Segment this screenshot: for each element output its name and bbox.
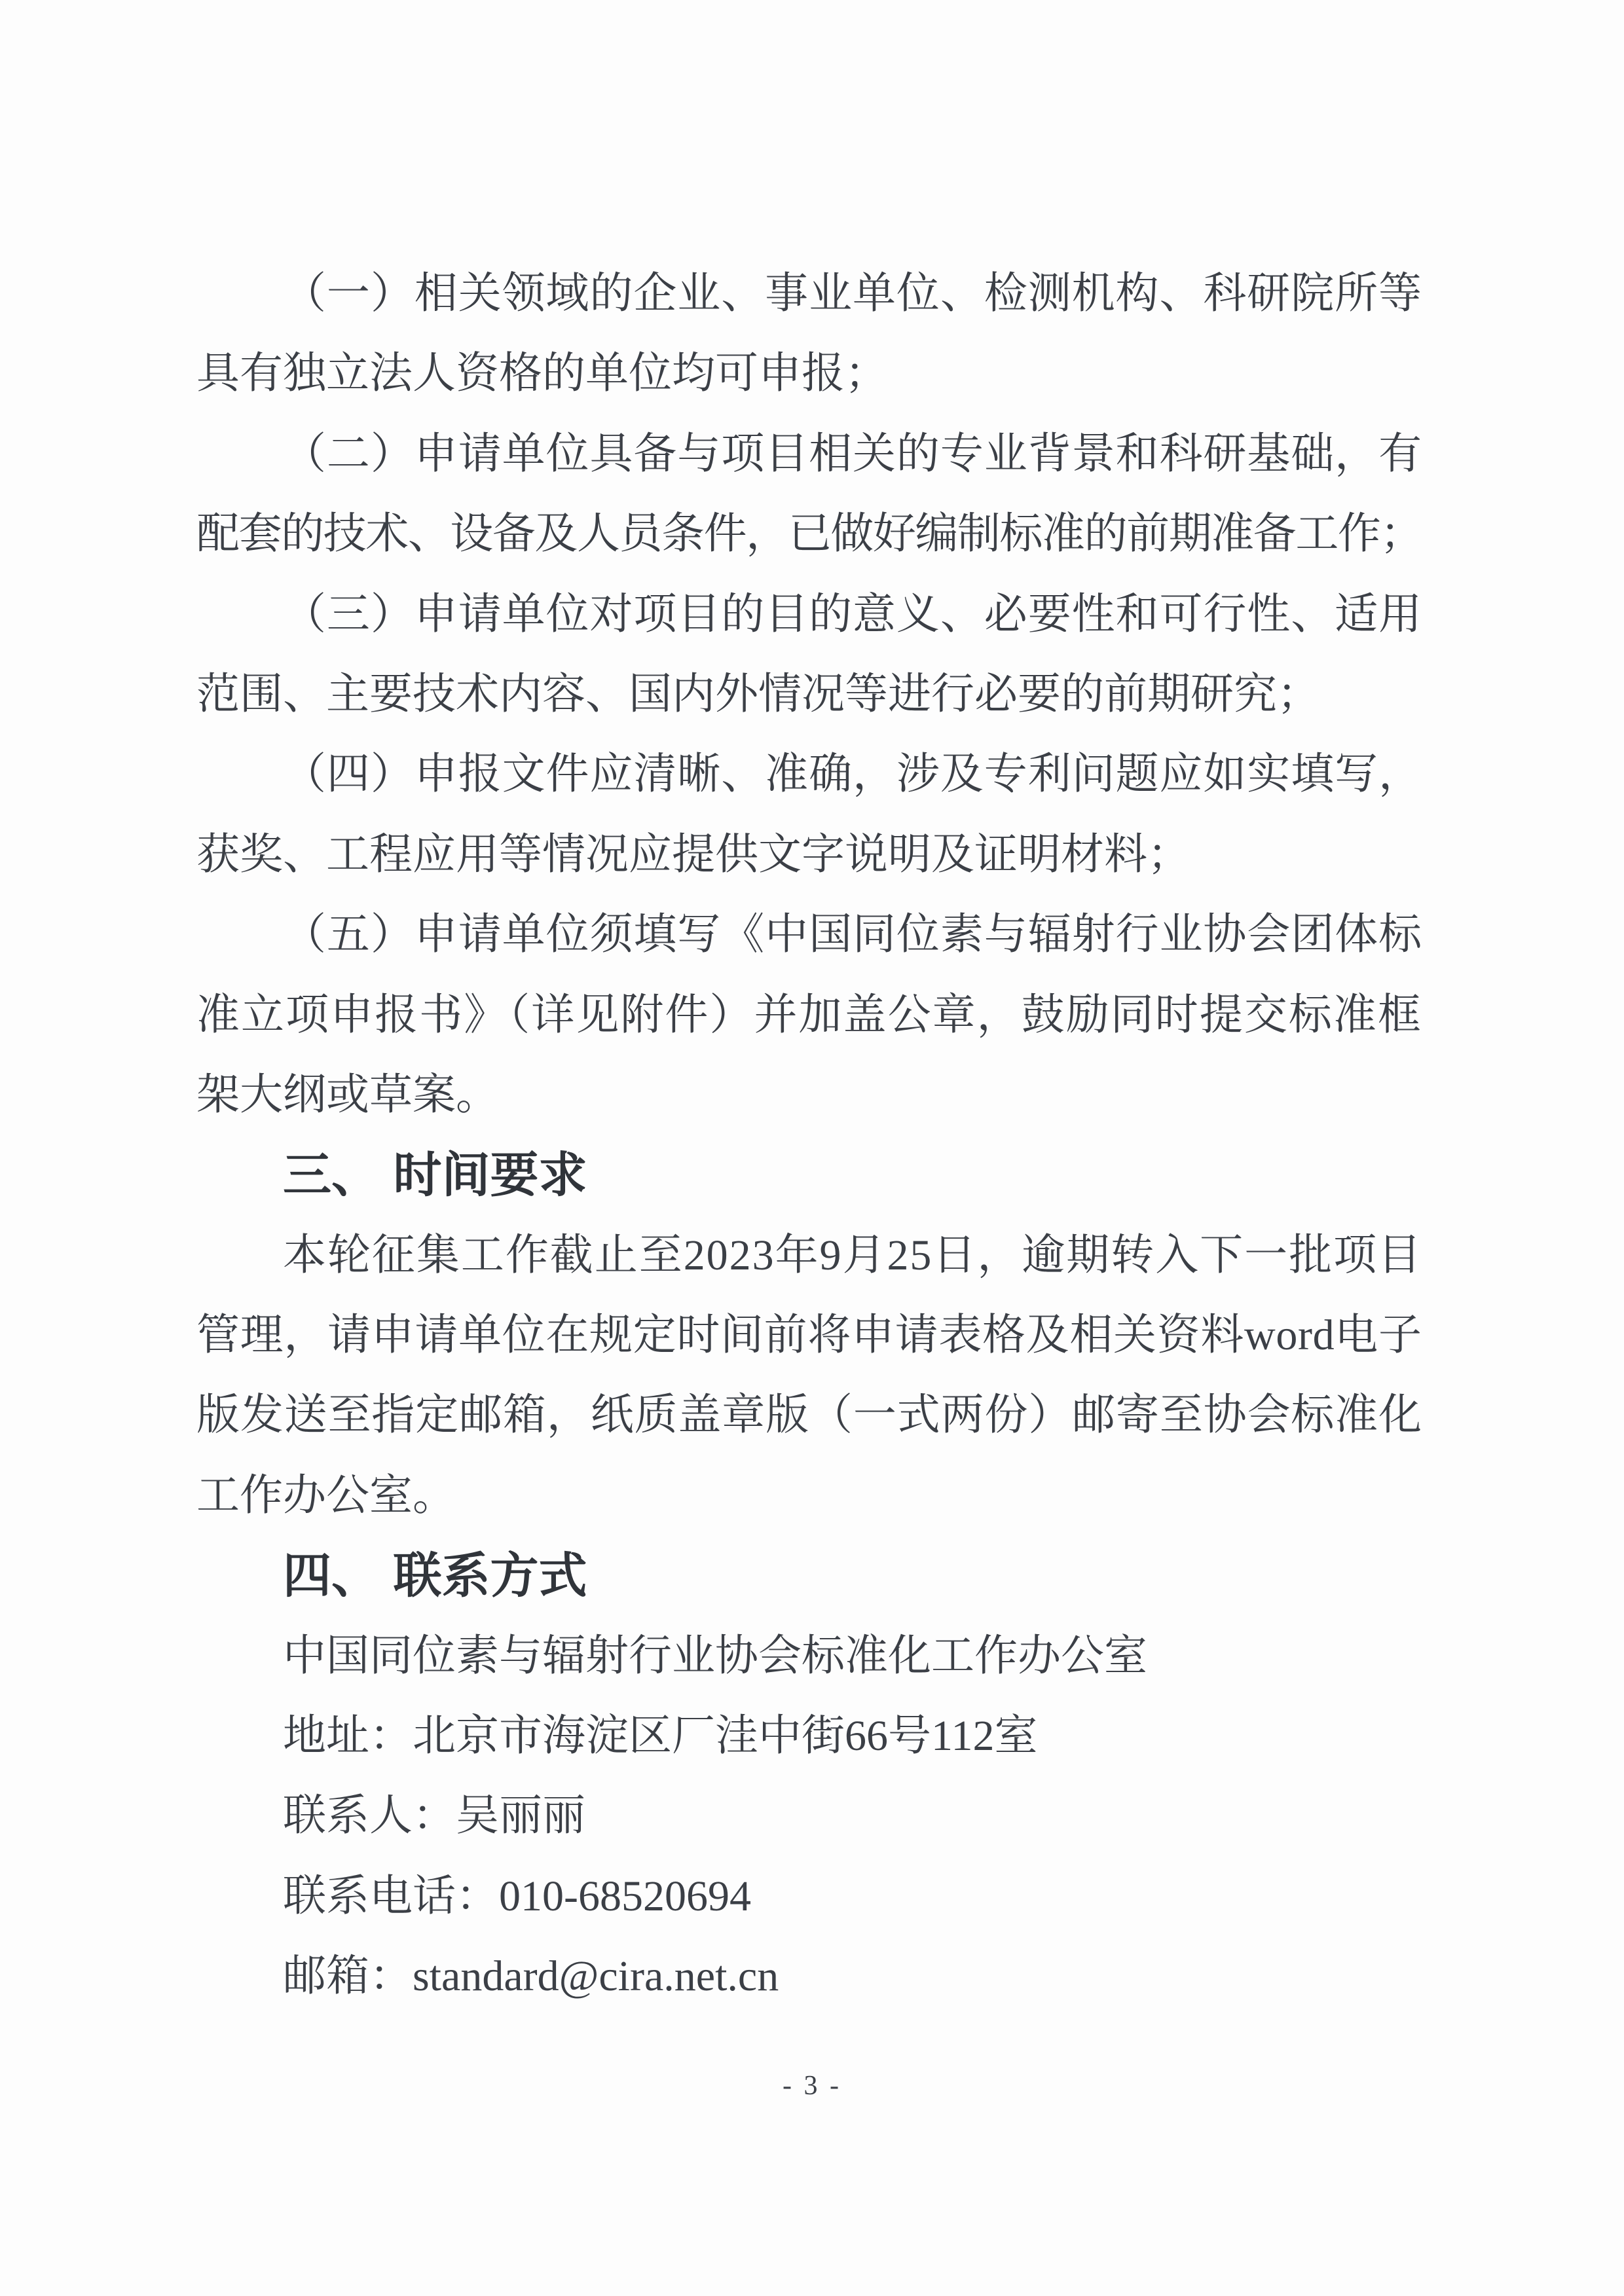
line-text: 范围、主要技术内容、国内外情况等进行必要的前期研究； xyxy=(196,655,1320,735)
line-text: 本轮征集工作截止至2023年9月25日，逾期转入下一批项目 xyxy=(283,1216,1422,1296)
text-line: 配套的技术、设备及人员条件，已做好编制标准的前期准备工作； xyxy=(196,494,1422,574)
text-line: （四）申报文件应清晰、准确，涉及专利问题应如实填写， xyxy=(196,735,1422,814)
line-text: （四）申报文件应清晰、准确，涉及专利问题应如实填写， xyxy=(283,735,1422,814)
line-text: 管理，请申请单位在规定时间前将申请表格及相关资料word电子 xyxy=(196,1296,1422,1376)
text-line: 版发送至指定邮箱，纸质盖章版（一式两份）邮寄至协会标准化 xyxy=(196,1376,1422,1455)
document-page: （一）相关领域的企业、事业单位、检测机构、科研院所等具有独立法人资格的单位均可申… xyxy=(0,0,1624,2296)
text-line: （三）申请单位对项目的目的意义、必要性和可行性、适用 xyxy=(196,575,1422,655)
line-text: 获奖、工程应用等情况应提供文字说明及证明材料； xyxy=(196,815,1190,895)
line-text: 准立项申报书》（详见附件）并加盖公章，鼓励同时提交标准框 xyxy=(196,975,1422,1055)
text-line: 获奖、工程应用等情况应提供文字说明及证明材料； xyxy=(196,815,1422,895)
text-line: 准立项申报书》（详见附件）并加盖公章，鼓励同时提交标准框 xyxy=(196,975,1422,1055)
line-text: 四、 联系方式 xyxy=(283,1536,587,1616)
line-text: 邮箱：standard@cira.net.cn xyxy=(283,1937,779,2016)
text-line: 具有独立法人资格的单位均可申报； xyxy=(196,334,1422,414)
text-line: 中国同位素与辐射行业协会标准化工作办公室 xyxy=(196,1616,1422,1696)
line-text: （一）相关领域的企业、事业单位、检测机构、科研院所等 xyxy=(283,254,1422,334)
line-text: 具有独立法人资格的单位均可申报； xyxy=(196,334,888,414)
text-line: 地址：北京市海淀区厂洼中街66号112室 xyxy=(196,1696,1422,1776)
page-number: - 3 - xyxy=(0,2070,1624,2102)
line-text: 工作办公室。 xyxy=(196,1456,456,1536)
text-line: 联系电话：010-68520694 xyxy=(196,1857,1422,1937)
line-text: 联系人：吴丽丽 xyxy=(283,1776,585,1856)
document-body: （一）相关领域的企业、事业单位、检测机构、科研院所等具有独立法人资格的单位均可申… xyxy=(196,254,1422,2017)
line-text: 中国同位素与辐射行业协会标准化工作办公室 xyxy=(283,1616,1147,1696)
line-text: （三）申请单位对项目的目的意义、必要性和可行性、适用 xyxy=(283,575,1422,655)
text-line: 本轮征集工作截止至2023年9月25日，逾期转入下一批项目 xyxy=(196,1216,1422,1296)
text-line: 架大纲或草案。 xyxy=(196,1055,1422,1135)
section-heading: 四、 联系方式 xyxy=(196,1536,1422,1616)
text-line: （五）申请单位须填写《中国同位素与辐射行业协会团体标 xyxy=(196,895,1422,975)
text-line: （一）相关领域的企业、事业单位、检测机构、科研院所等 xyxy=(196,254,1422,334)
text-line: （二）申请单位具备与项目相关的专业背景和科研基础，有 xyxy=(196,414,1422,494)
line-text: （五）申请单位须填写《中国同位素与辐射行业协会团体标 xyxy=(283,895,1422,975)
line-text: 三、 时间要求 xyxy=(283,1135,587,1215)
text-line: 联系人：吴丽丽 xyxy=(196,1776,1422,1856)
line-text: 版发送至指定邮箱，纸质盖章版（一式两份）邮寄至协会标准化 xyxy=(196,1376,1422,1455)
line-text: 配套的技术、设备及人员条件，已做好编制标准的前期准备工作； xyxy=(196,494,1422,574)
line-text: （二）申请单位具备与项目相关的专业背景和科研基础，有 xyxy=(283,414,1422,494)
text-line: 邮箱：standard@cira.net.cn xyxy=(196,1937,1422,2016)
line-text: 联系电话：010-68520694 xyxy=(283,1857,751,1937)
text-line: 范围、主要技术内容、国内外情况等进行必要的前期研究； xyxy=(196,655,1422,735)
section-heading: 三、 时间要求 xyxy=(196,1135,1422,1215)
line-text: 地址：北京市海淀区厂洼中街66号112室 xyxy=(283,1696,1038,1776)
text-line: 管理，请申请单位在规定时间前将申请表格及相关资料word电子 xyxy=(196,1296,1422,1376)
line-text: 架大纲或草案。 xyxy=(196,1055,499,1135)
text-line: 工作办公室。 xyxy=(196,1456,1422,1536)
